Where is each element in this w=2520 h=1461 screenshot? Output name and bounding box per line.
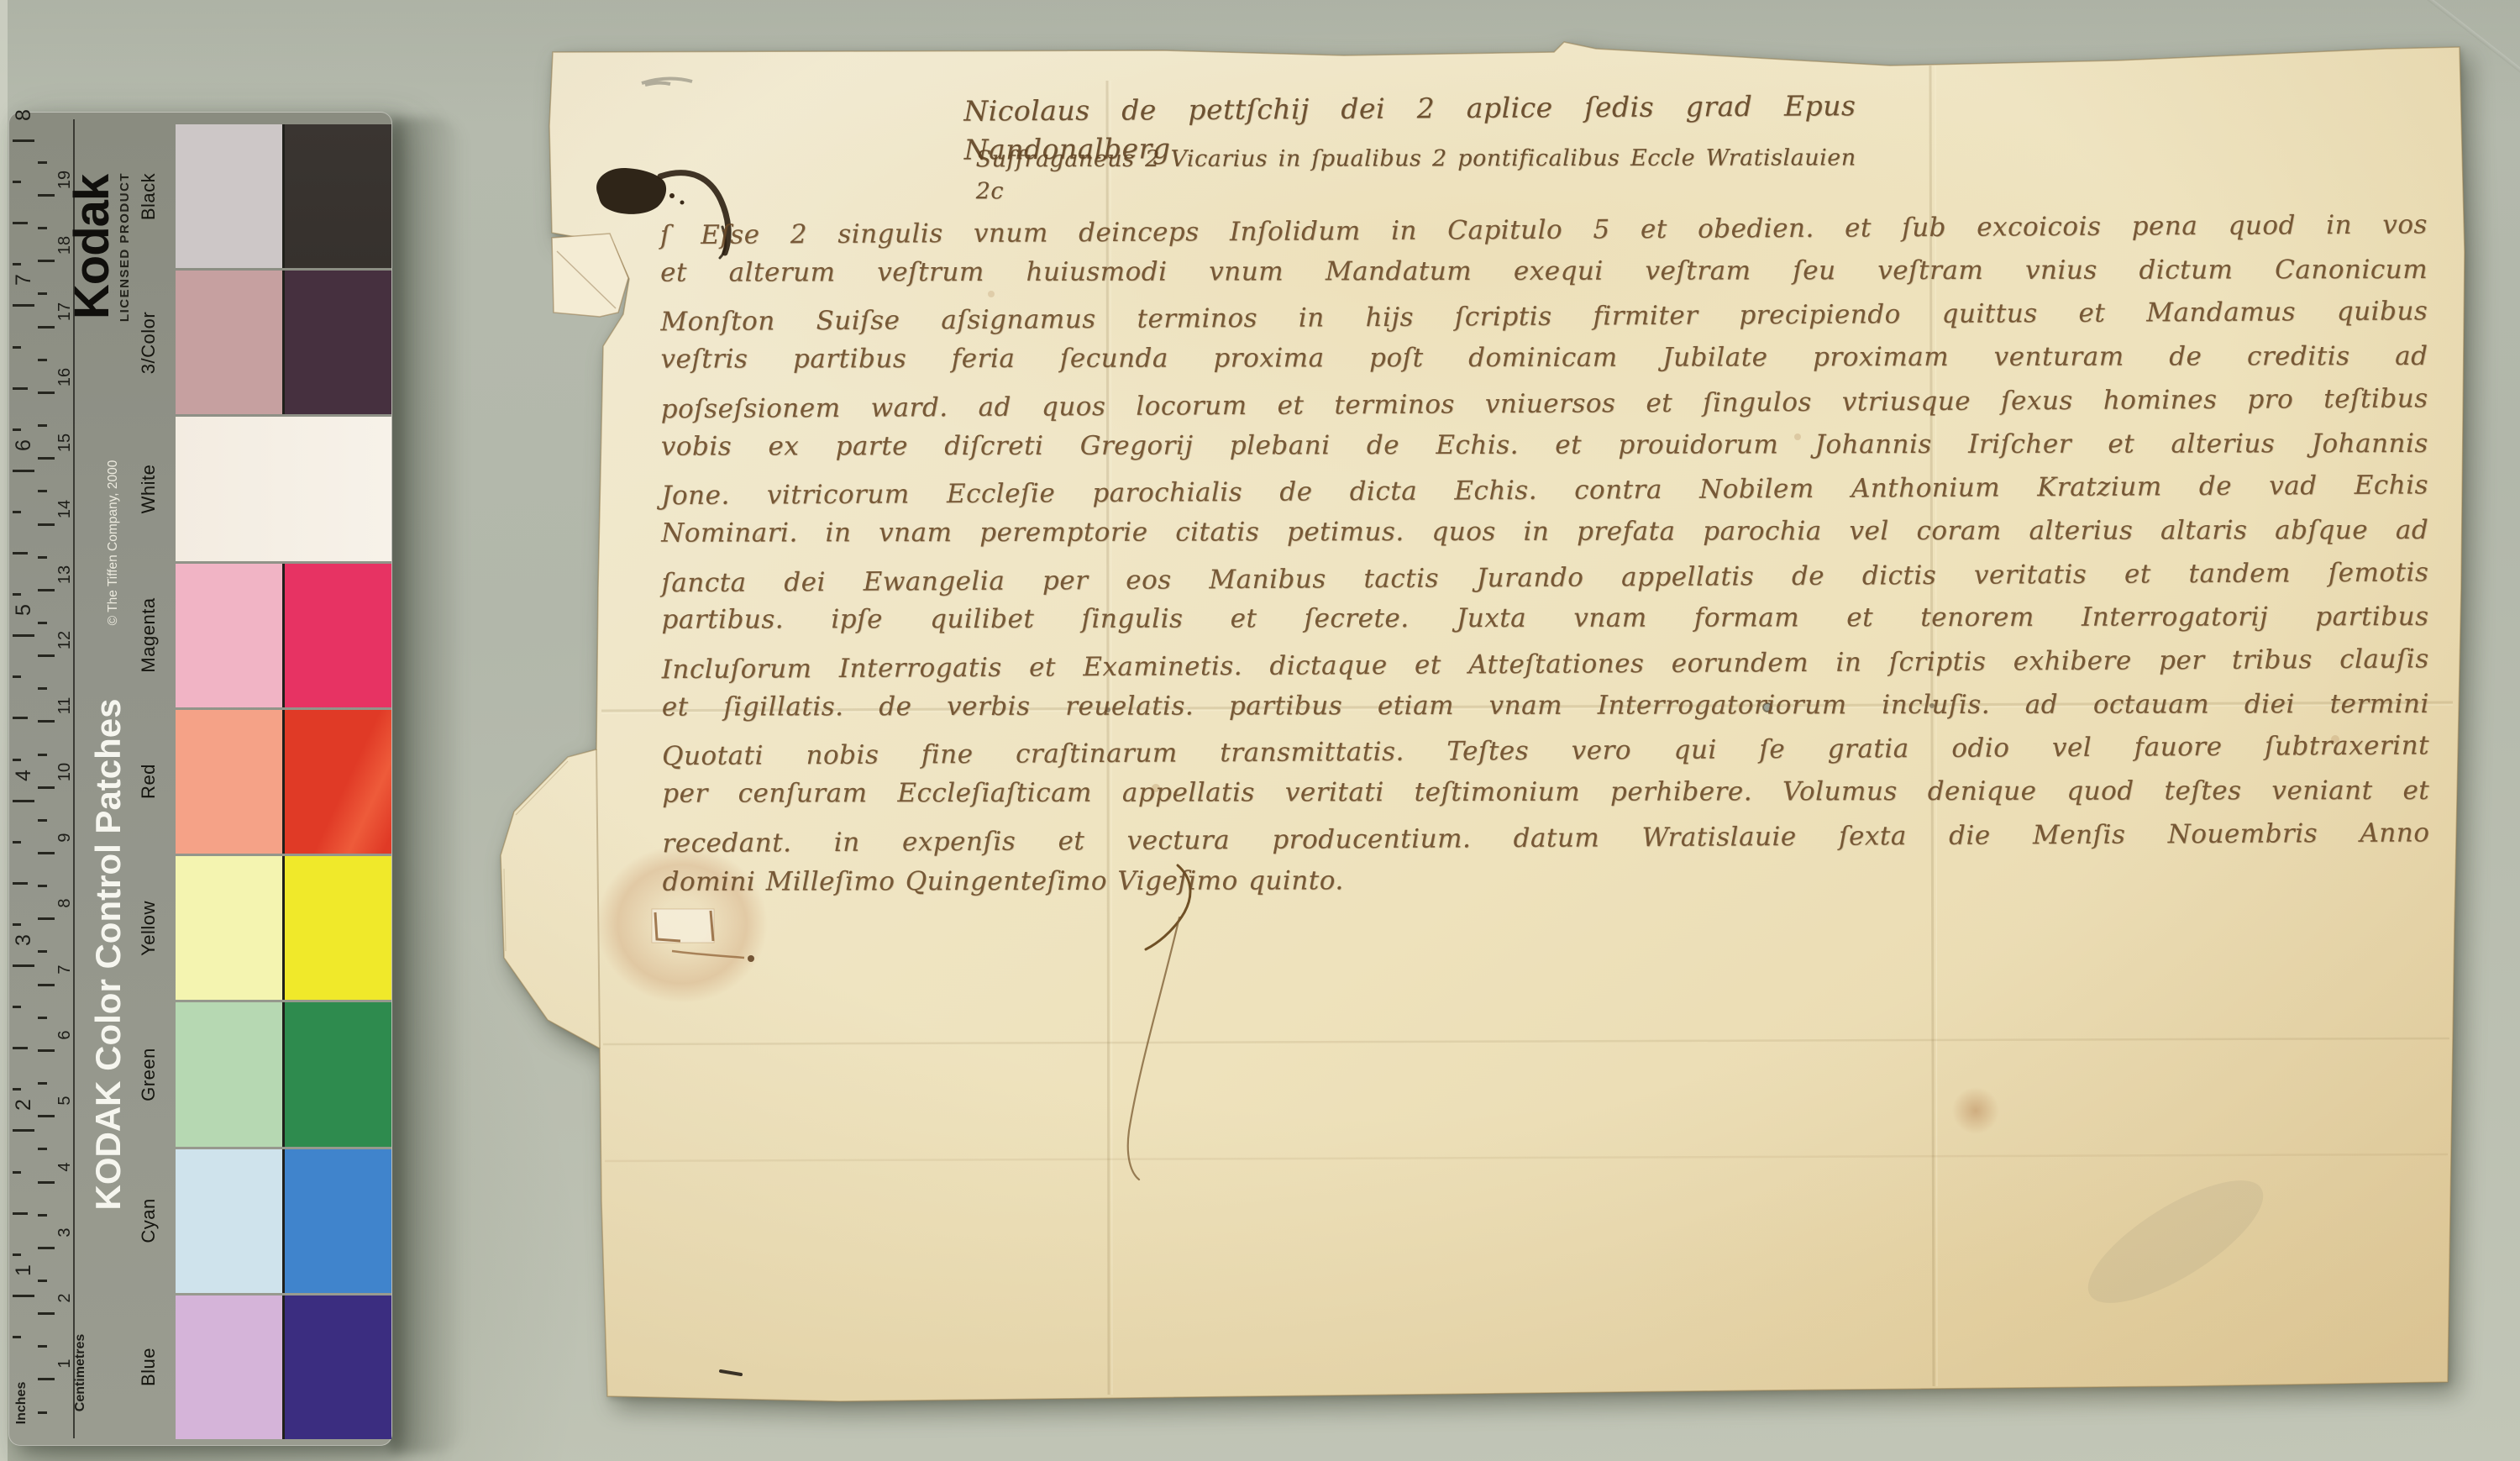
- color-patch: [285, 1149, 391, 1293]
- color-patch: [285, 1295, 391, 1439]
- ruler-tick: [38, 1214, 47, 1217]
- ruler-tick: [13, 1295, 34, 1297]
- ruler-number-cm: 13: [54, 565, 76, 585]
- ruler-tick: [13, 346, 21, 349]
- color-patch: [285, 710, 391, 854]
- ruler-number-cm: 4: [54, 1157, 76, 1177]
- ruler-tick: [13, 800, 34, 802]
- ruler-tick: [38, 1049, 55, 1052]
- ruler-tick: [38, 885, 47, 887]
- ruler-tick: [13, 470, 34, 472]
- ruler-tick: [38, 720, 55, 723]
- manuscript-body-line: et ſigillatis. de verbis reuelatis. part…: [662, 685, 2429, 727]
- ruler-tick: [13, 1006, 21, 1008]
- ruler-tick: [13, 428, 21, 431]
- ruler-number-inch: 5: [11, 599, 36, 621]
- color-patch: [176, 417, 391, 560]
- manuscript-body-line: per cenſuram Eccleſiaſticam appellatis v…: [662, 771, 2429, 813]
- ruler-tick: [38, 424, 47, 427]
- manuscript-body-line: Jone. vitricorum Eccleſie parochialis de…: [661, 466, 2428, 516]
- ruler-tick: [38, 1148, 47, 1150]
- ruler-tick: [13, 841, 21, 843]
- ruler-tick: [38, 654, 55, 657]
- ruler-tick: [13, 923, 21, 926]
- ruler-number-cm: 12: [54, 630, 76, 650]
- manuscript-body-line: veſtris partibus feria ſecunda proxima p…: [660, 337, 2428, 379]
- patch-label: Green: [102, 1053, 195, 1096]
- manuscript-body-line: ſ Eſse 2 singulis vnum deinceps Inſolidu…: [660, 205, 2428, 255]
- ruler-number-inch: 8: [11, 104, 36, 126]
- ruler-tick: [38, 1280, 47, 1282]
- patch-label: Black: [102, 175, 195, 218]
- color-patch-row: [176, 124, 391, 268]
- ruler-number-cm: 15: [54, 433, 76, 453]
- inches-label: Inches: [0, 1390, 57, 1416]
- ruler-tick: [13, 593, 21, 596]
- color-patch-row: [176, 856, 391, 1000]
- color-patch: [285, 564, 391, 707]
- ruler-number-cm: 6: [54, 1025, 76, 1045]
- ruler-tick: [13, 717, 28, 719]
- color-patch-row: [176, 710, 391, 854]
- ruler-tick: [13, 181, 21, 183]
- ruler-number-cm: 11: [54, 696, 76, 716]
- patch-label: 3/Color: [102, 321, 195, 365]
- ruler-tick: [13, 675, 21, 678]
- ruler-tick: [13, 1129, 34, 1132]
- color-patch-grid: [176, 124, 391, 1439]
- ruler-tick: [13, 1253, 21, 1256]
- manuscript-body-line: ſancta dei Ewangelia per eos Manibus tac…: [661, 553, 2428, 602]
- ruler-number-inch: 2: [11, 1094, 36, 1116]
- ruler-tick: [38, 326, 55, 328]
- manuscript-heading-line: Suffraganeus 2 Vicarius in ſpualibus 2 p…: [976, 142, 1856, 207]
- color-patch: [285, 856, 391, 1000]
- ruler-tick: [38, 392, 55, 394]
- ruler-tick: [38, 457, 55, 460]
- manuscript-body-line: vobis ex parte diſcreti Gregorij plebani…: [661, 423, 2428, 465]
- manuscript-body-line: partibus. ipſe quilibet ſingulis et ſecr…: [661, 597, 2428, 639]
- patch-label: Magenta: [102, 613, 195, 657]
- ruler-number-cm: 16: [54, 367, 76, 387]
- ruler-tick: [38, 523, 55, 526]
- color-patch-row: [176, 1149, 391, 1293]
- ruler-tick: [13, 387, 28, 390]
- ruler-tick: [38, 917, 55, 920]
- kodak-color-strip: 12345678 12345678910111213141516171819 K…: [8, 112, 392, 1446]
- manuscript-body-line: Quotati nobis fine craſtinarum transmitt…: [662, 727, 2429, 776]
- patch-label: Blue: [102, 1345, 195, 1389]
- photo-backdrop: { "scene": { "backdrop_color": "#b2b7aa"…: [0, 0, 2520, 1461]
- ruler-tick: [13, 882, 28, 885]
- color-patch: [285, 1002, 391, 1146]
- manuscript-body-line: et alterum veſtrum huiusmodi vnum Mandat…: [660, 250, 2428, 292]
- color-patch-row: [176, 1295, 391, 1439]
- manuscript-body-line: poſseſsionem ward. ad quos locorum et te…: [661, 379, 2428, 428]
- ruler-tick: [38, 1312, 55, 1315]
- ruler-tick: [38, 786, 55, 789]
- ruler-tick: [38, 754, 47, 756]
- color-patch-row: [176, 417, 391, 560]
- color-patch: [285, 271, 391, 414]
- ruler-tick: [38, 819, 47, 822]
- ruler-tick: [38, 687, 47, 690]
- ruler-number-cm: 3: [54, 1222, 76, 1243]
- ruler-tick: [13, 511, 21, 513]
- ruler-tick: [38, 1181, 55, 1184]
- manuscript-body-line: Incluſorum Interrogatis et Examinetis. d…: [662, 639, 2429, 689]
- patch-label: Yellow: [102, 907, 195, 950]
- patch-label: Cyan: [102, 1199, 195, 1243]
- ruler-tick: [13, 139, 34, 142]
- ruler-number-cm: 5: [54, 1090, 76, 1111]
- manuscript-body-line: Monſton Suiſse aſsignamus terminos in hi…: [660, 292, 2428, 342]
- ruler-tick: [38, 984, 55, 986]
- ruler-number-cm: 9: [54, 828, 76, 848]
- ruler-tick: [38, 490, 47, 492]
- ruler-tick: [13, 1047, 28, 1049]
- ruler-number-cm: 14: [54, 499, 76, 519]
- color-patch-row: [176, 271, 391, 414]
- manuscript-body-line: domini Milleſimo Quingenteſimo Vigeſimo …: [663, 861, 1344, 901]
- color-patch: [285, 124, 391, 268]
- ruler-number-cm: 8: [54, 893, 76, 913]
- ruler-tick: [38, 1082, 47, 1085]
- ruler-tick: [38, 161, 47, 164]
- ruler-number-inch: 1: [11, 1259, 36, 1281]
- ruler-tick: [13, 634, 34, 637]
- manuscript-body-line: Nominari. in vnam peremptorie citatis pe…: [661, 511, 2428, 553]
- manuscript-body-line: recedant. in expenſis et vectura produce…: [662, 813, 2429, 863]
- ruler-tick: [13, 304, 34, 307]
- ruler-tick: [38, 1345, 47, 1348]
- ruler-tick: [38, 589, 55, 591]
- ruler-tick: [38, 852, 55, 854]
- ruler-tick: [38, 1017, 47, 1019]
- color-patch-row: [176, 1002, 391, 1146]
- ruler-number-cm: 2: [54, 1288, 76, 1308]
- ruler-tick: [38, 1247, 55, 1249]
- ruler-tick: [13, 1212, 28, 1215]
- ruler-tick: [38, 1115, 55, 1117]
- ruler-tick: [13, 759, 21, 761]
- ruler-tick: [13, 1171, 21, 1174]
- ruler-tick: [38, 194, 55, 197]
- patch-label: Red: [102, 759, 195, 803]
- ruler-number-inch: 6: [11, 434, 36, 456]
- color-patch-row: [176, 564, 391, 707]
- ruler-tick: [13, 1336, 21, 1338]
- ruler-tick: [38, 359, 47, 361]
- ruler-tick: [38, 622, 47, 624]
- ruler-tick: [13, 1088, 21, 1090]
- ruler-number-inch: 4: [11, 765, 36, 786]
- patch-label: White: [102, 467, 195, 511]
- ruler-number-cm: 10: [54, 762, 76, 782]
- ruler-tick: [38, 556, 47, 559]
